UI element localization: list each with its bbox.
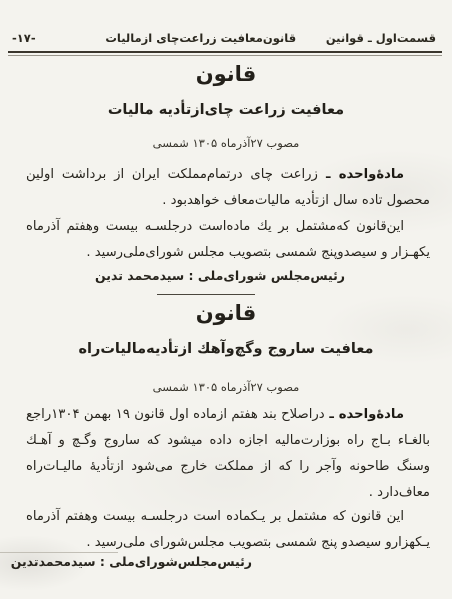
law2-signature: رئیس‌مجلس‌شورای‌ملی : سیدمحمدتدین [11, 554, 252, 569]
law1-subtitle: معافیت زراعت چای‌ازتأدیه مالیات [0, 102, 452, 118]
law1-article-label: مادۀواحده ـ [318, 167, 404, 182]
law2-title: قانون [0, 301, 452, 325]
law2-ratification-paragraph: این قانون که مشتمل بر یـکماده است درجلسـ… [26, 504, 430, 556]
header-divider-rule [8, 51, 442, 56]
law1-signature-rule [157, 294, 255, 295]
law2-article-label: مادۀواحده ـ [325, 407, 404, 422]
law1-article-paragraph: مادۀواحده ـ زراعت چای درتمام‌مملکت ایران… [26, 162, 430, 214]
law2-subtitle: معافیت ساروج وگچ‌وآهك ازتأدیه‌مالیات‌راه [0, 341, 452, 357]
header-running-title: قانون‌معافیت زراعت‌چای ازمالیات [65, 31, 296, 45]
running-header: قسمت‌اول ـ قوانین قانون‌معافیت زراعت‌چای… [12, 31, 436, 45]
header-page-number: -۱۷- [12, 31, 36, 45]
law1-title: قانون [0, 62, 452, 86]
law1-signature: رئیس‌مجلس شورای‌ملی : سیدمحمد تدین [95, 268, 345, 283]
scan-edge-line [0, 552, 118, 553]
header-section-label: قسمت‌اول ـ قوانین [326, 31, 436, 45]
scanned-document-page: قسمت‌اول ـ قوانین قانون‌معافیت زراعت‌چای… [0, 0, 452, 599]
law2-article-paragraph: مادۀواحده ـ دراصلاح بند هفتم ازماده اول … [26, 402, 430, 506]
law1-ratification-paragraph: این‌قانون که‌مشتمل بر یك ماده‌است درجلسـ… [26, 214, 430, 266]
law2-approval-date: مصوب ۲۷آذرماه ۱۳۰۵ شمسی [0, 380, 452, 394]
law1-approval-date: مصوب ۲۷آذرماه ۱۳۰۵ شمسی [0, 136, 452, 150]
